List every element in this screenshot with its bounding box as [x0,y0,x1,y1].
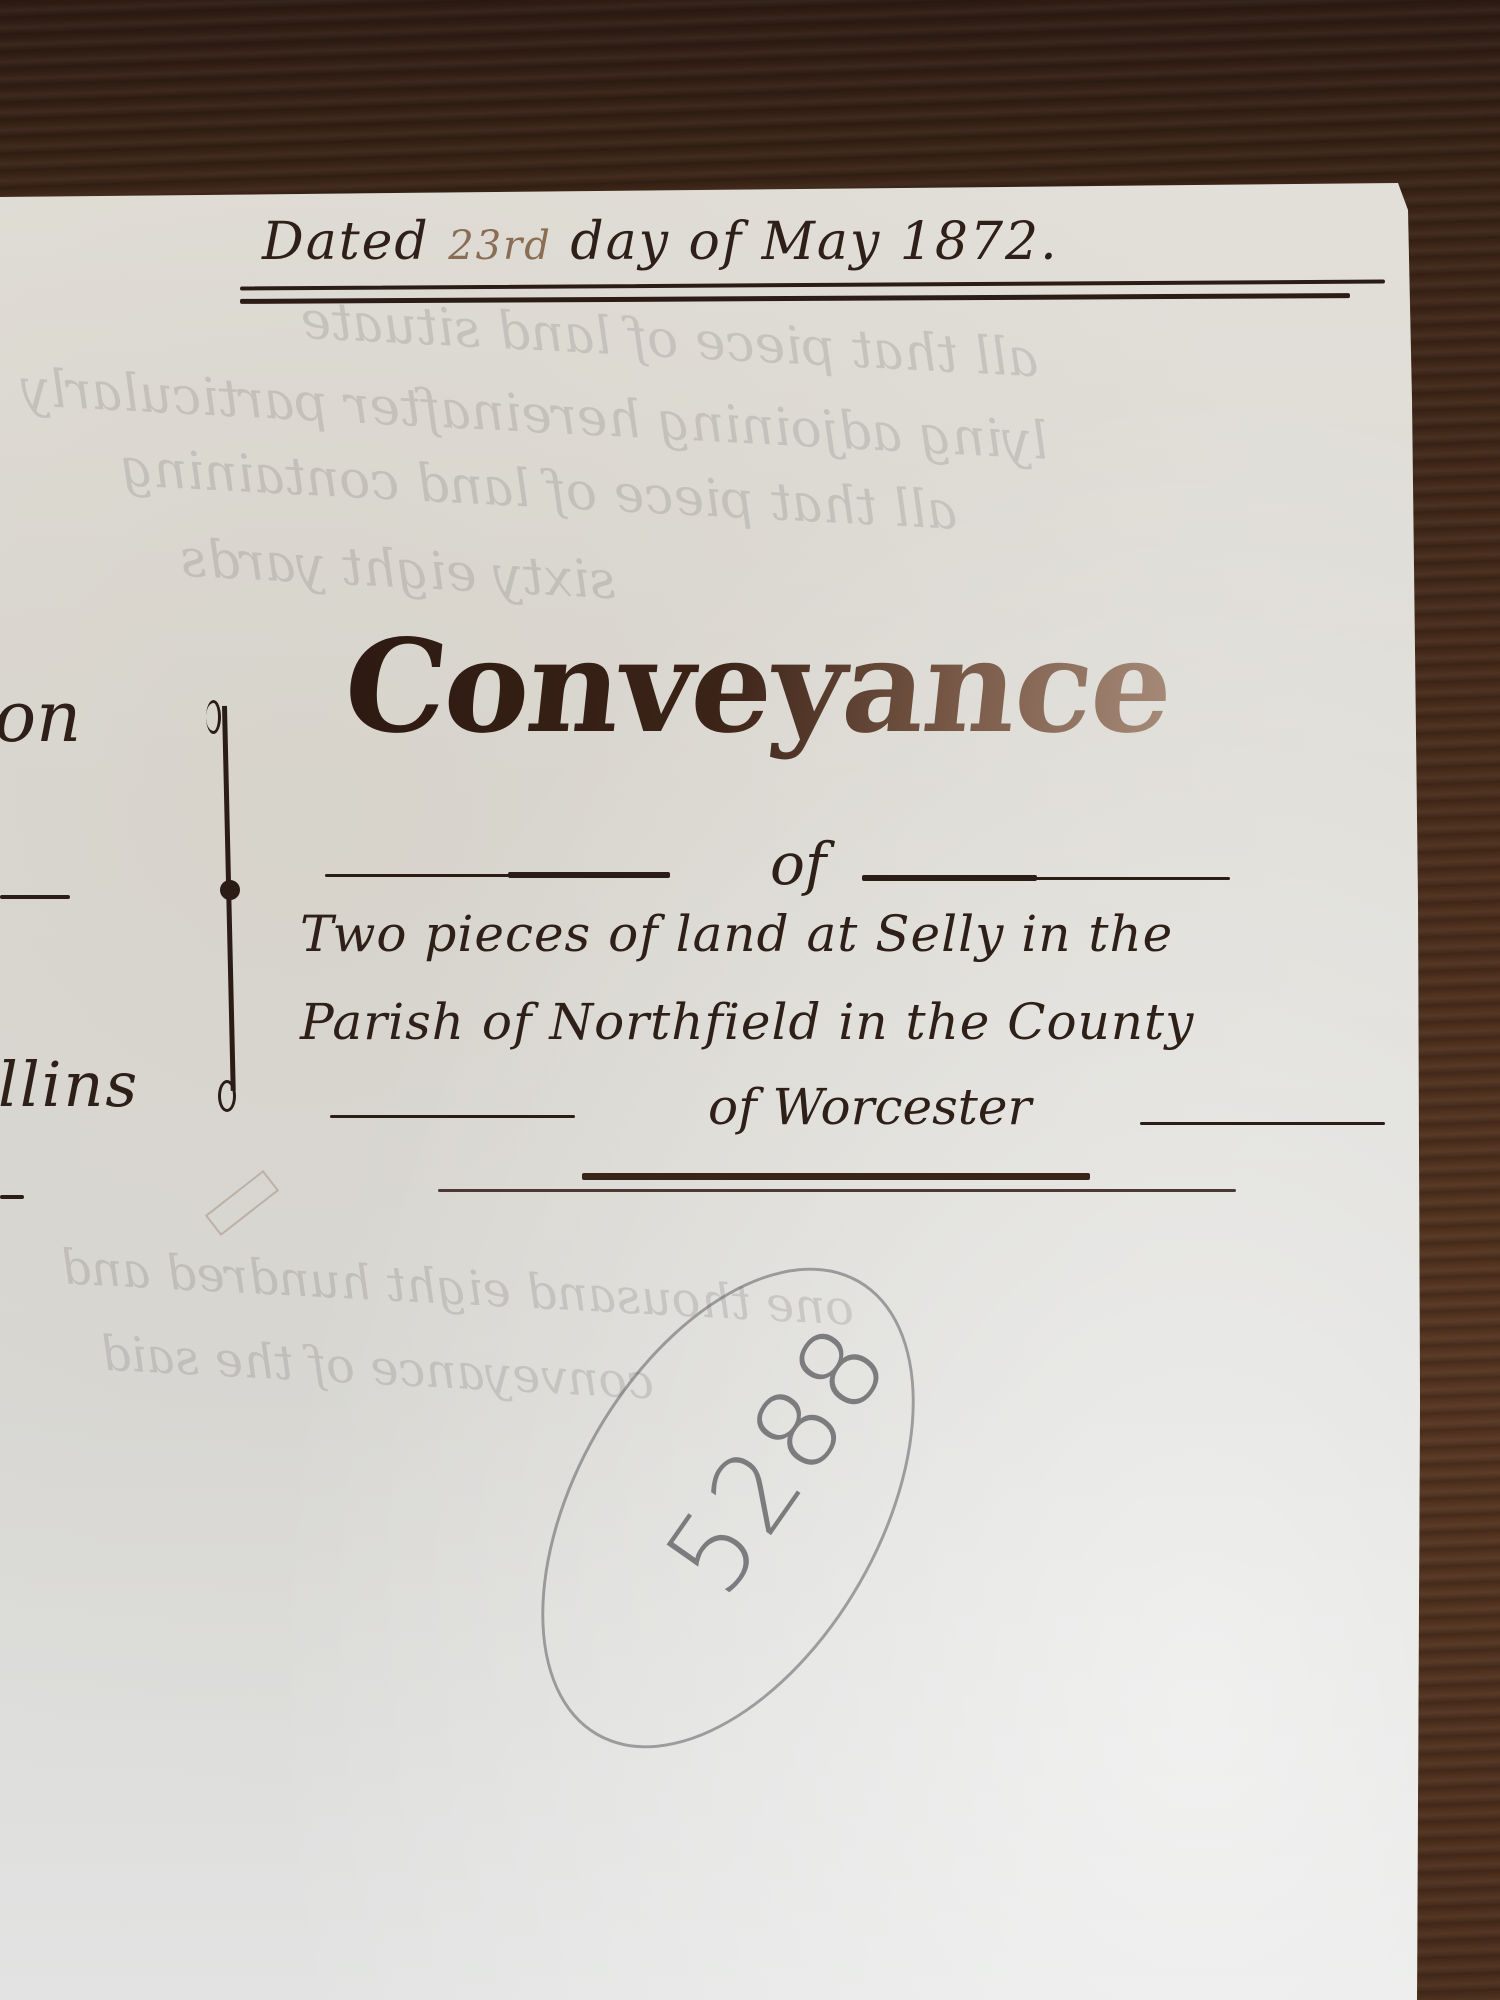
bleed-through-line: conveyance of the said [99,1326,656,1411]
property-description-line2: Parish of Northfield in the County [300,993,1194,1051]
date-underline-lower [240,293,1350,304]
party-end-rule [0,1195,24,1199]
connector-of: of [770,830,826,898]
county-rule-right [1140,1122,1385,1125]
date-prefix: Dated [262,212,430,272]
date-line: Dated 23rd day of May 1872. [262,212,1059,272]
date-underline-upper [240,280,1385,291]
bracket-bottom-curl [218,1080,236,1112]
date-day: 23rd [448,223,552,269]
date-middle: day of [570,212,743,272]
county-rule-left [330,1115,575,1118]
deed-paper: all that piece of land situate lying adj… [0,0,1500,2000]
property-description-line1: Two pieces of land at Selly in the [300,905,1173,963]
closing-underline-thick [582,1173,1090,1180]
of-rule-left-thin [325,874,525,877]
party-two-name-fragment: llins [0,1048,139,1121]
of-rule-right-thick [862,875,1037,881]
document-title: Conveyance [337,612,1179,762]
bleed-through-line: all that piece of land situate [299,291,1040,390]
date-year: 1872. [900,212,1059,272]
bracket-middle-knot [220,880,240,900]
of-rule-right-thin [1030,877,1230,880]
party-separator-rule [0,895,70,899]
property-description-line3: of Worcester [708,1078,1031,1136]
of-rule-left-thick [508,872,670,878]
date-month: May [762,212,882,272]
party-one-name-fragment: on [0,676,81,758]
bleed-through-line: sixty eight yards [179,529,618,612]
bracket-top-curl [206,700,221,734]
faint-stamp-mark [205,1170,279,1236]
closing-underline-thin [438,1189,1236,1192]
